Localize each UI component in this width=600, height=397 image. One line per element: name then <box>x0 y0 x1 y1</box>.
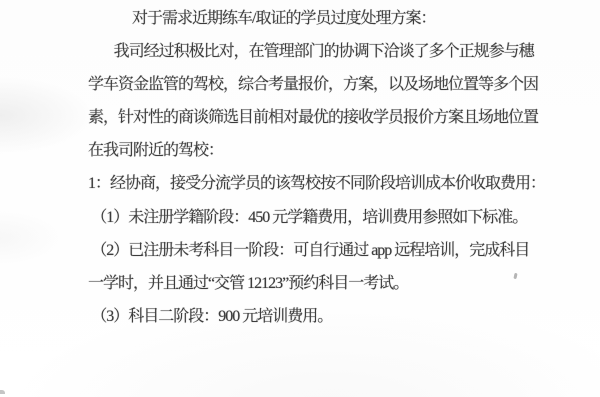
document-body: 我司经过积极比对，在管理部门的协调下洽谈了多个正规参与穗 学车资金监管的驾校，综… <box>88 35 534 333</box>
document-line: 素，针对性的商谈筛选目前相对最优的接收学员报价方案且场地位置 <box>88 101 534 134</box>
document-line: 在我司附近的驾校： <box>88 134 534 167</box>
document-page: 对于需求近期练车/取证的学员过度处理方案： 我司经过积极比对，在管理部门的协调下… <box>0 0 600 397</box>
document-line: 我司经过积极比对，在管理部门的协调下洽谈了多个正规参与穗 <box>88 35 534 68</box>
photo-artifact <box>0 390 5 394</box>
document-text-block: 对于需求近期练车/取证的学员过度处理方案： 我司经过积极比对，在管理部门的协调下… <box>88 2 534 333</box>
document-line: 学车资金监管的驾校，综合考量报价，方案，以及场地位置等多个因 <box>88 68 534 101</box>
document-title: 对于需求近期练车/取证的学员过度处理方案： <box>132 2 534 35</box>
document-line: （3）科目二阶段：900 元培训费用。 <box>88 300 534 333</box>
document-line: （2）已注册未考科目一阶段：可自行通过 app 远程培训，完成科目 <box>88 234 534 267</box>
document-line: 1：经协商，接受分流学员的该驾校按不同阶段培训成本价收取费用： <box>88 167 534 200</box>
document-line: （1）未注册学籍阶段：450 元学籍费用，培训费用参照如下标准。 <box>88 201 534 234</box>
document-line: 一学时，并且通过“交管 12123”预约科目一考试。 <box>88 267 534 300</box>
